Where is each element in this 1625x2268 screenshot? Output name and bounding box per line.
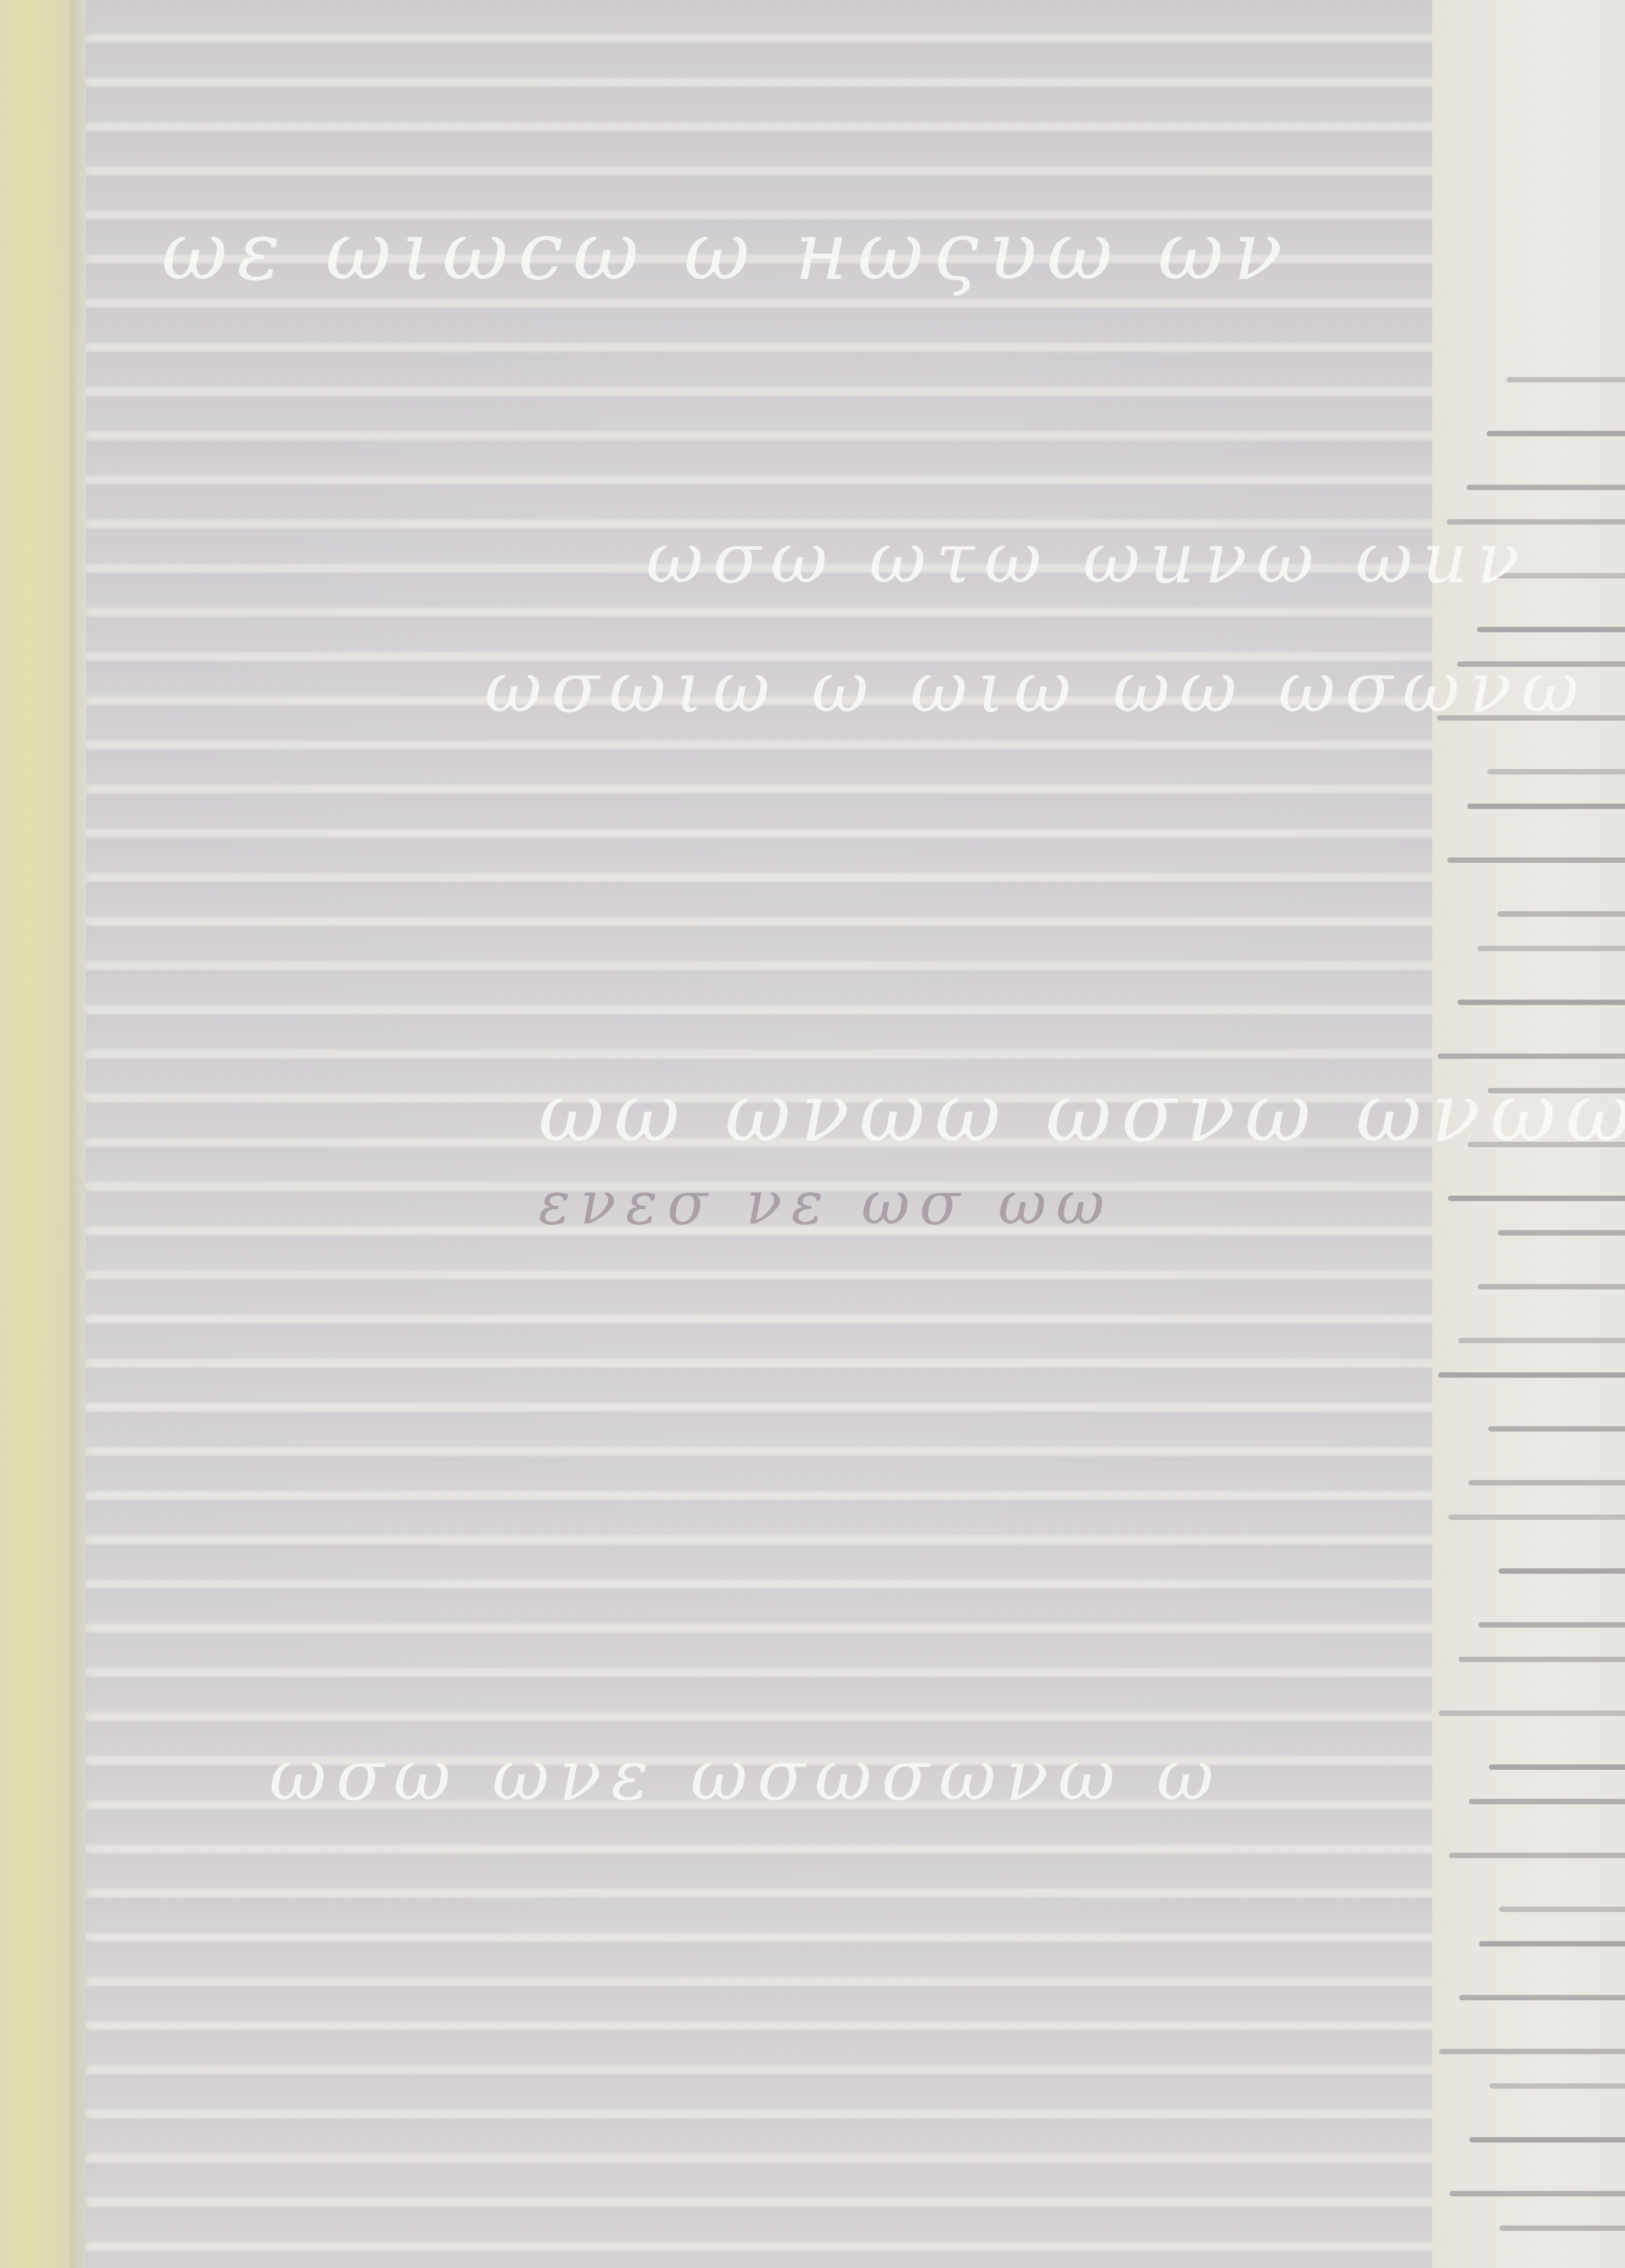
paint-drip-stripe	[1499, 1907, 1625, 1912]
paint-drip-stripe	[1448, 1515, 1625, 1520]
paint-drip-stripe	[1479, 1941, 1625, 1946]
paint-drip-stripe	[1497, 911, 1625, 917]
asemic-script-row: ωσωιω ω ωιω ωω ωσωνω	[485, 646, 1588, 728]
paint-drip-stripe	[1438, 1372, 1625, 1378]
paint-drip-stripe	[1487, 431, 1625, 436]
left-strip-edge	[70, 0, 92, 2268]
paint-drip-stripe	[1507, 377, 1625, 382]
paint-drip-stripe	[1459, 1657, 1625, 1662]
paint-drip-stripe	[1477, 946, 1625, 951]
paint-drip-stripe	[1498, 1230, 1625, 1236]
paint-drip-stripe	[1467, 804, 1625, 809]
paint-drip-stripe	[1487, 769, 1625, 774]
paint-drip-stripe	[1449, 2191, 1625, 2196]
asemic-script-row: ωε ωιωсω ω нωςυω ων	[162, 205, 1292, 298]
asemic-script-row: ωσω ωτω ωиνω ωиν	[646, 517, 1529, 599]
paint-drip-stripe	[1459, 1995, 1625, 2000]
painting-canvas: ωε ωιωсω ω нωςυω ων ωσω ωτω ωиνω ωиν ωσω…	[0, 0, 1625, 2268]
paint-drip-stripe	[1488, 1426, 1625, 1432]
paint-drip-stripe	[1449, 1853, 1625, 1858]
yellow-left-strip	[0, 0, 75, 2268]
paint-drip-stripe	[1439, 2049, 1625, 2054]
asemic-script-row: ωσω ωνε ωσωσωνω ω	[269, 1734, 1223, 1816]
asemic-script-row: ωω ωνωω ωσνω ωνωω	[538, 1066, 1625, 1160]
paint-drip-stripe	[1489, 1764, 1625, 1770]
paint-drip-stripe	[1500, 2225, 1625, 2231]
paint-drip-stripe	[1468, 1480, 1625, 1485]
paint-drip-stripe	[1479, 1622, 1625, 1628]
paint-drip-stripe	[1438, 1053, 1625, 1059]
paint-drip-stripe	[1489, 2083, 1625, 2089]
paint-drip-stripe	[1447, 857, 1625, 863]
paint-drip-stripe	[1498, 1568, 1625, 1574]
paint-drip-stripe	[1478, 1284, 1625, 1289]
paint-drip-stripe	[1477, 627, 1625, 632]
asemic-script-row: ενεσ νε ωσ ωω	[538, 1169, 1114, 1238]
paint-drip-stripe	[1469, 1799, 1625, 1804]
paint-drip-stripe	[1448, 1196, 1625, 1201]
paint-drip-stripe	[1458, 1000, 1625, 1005]
paint-drip-stripe	[1439, 1711, 1625, 1716]
paint-drip-stripe	[1469, 2137, 1625, 2143]
paint-drip-stripe	[1458, 1338, 1625, 1343]
paint-drip-stripe	[1467, 485, 1625, 490]
